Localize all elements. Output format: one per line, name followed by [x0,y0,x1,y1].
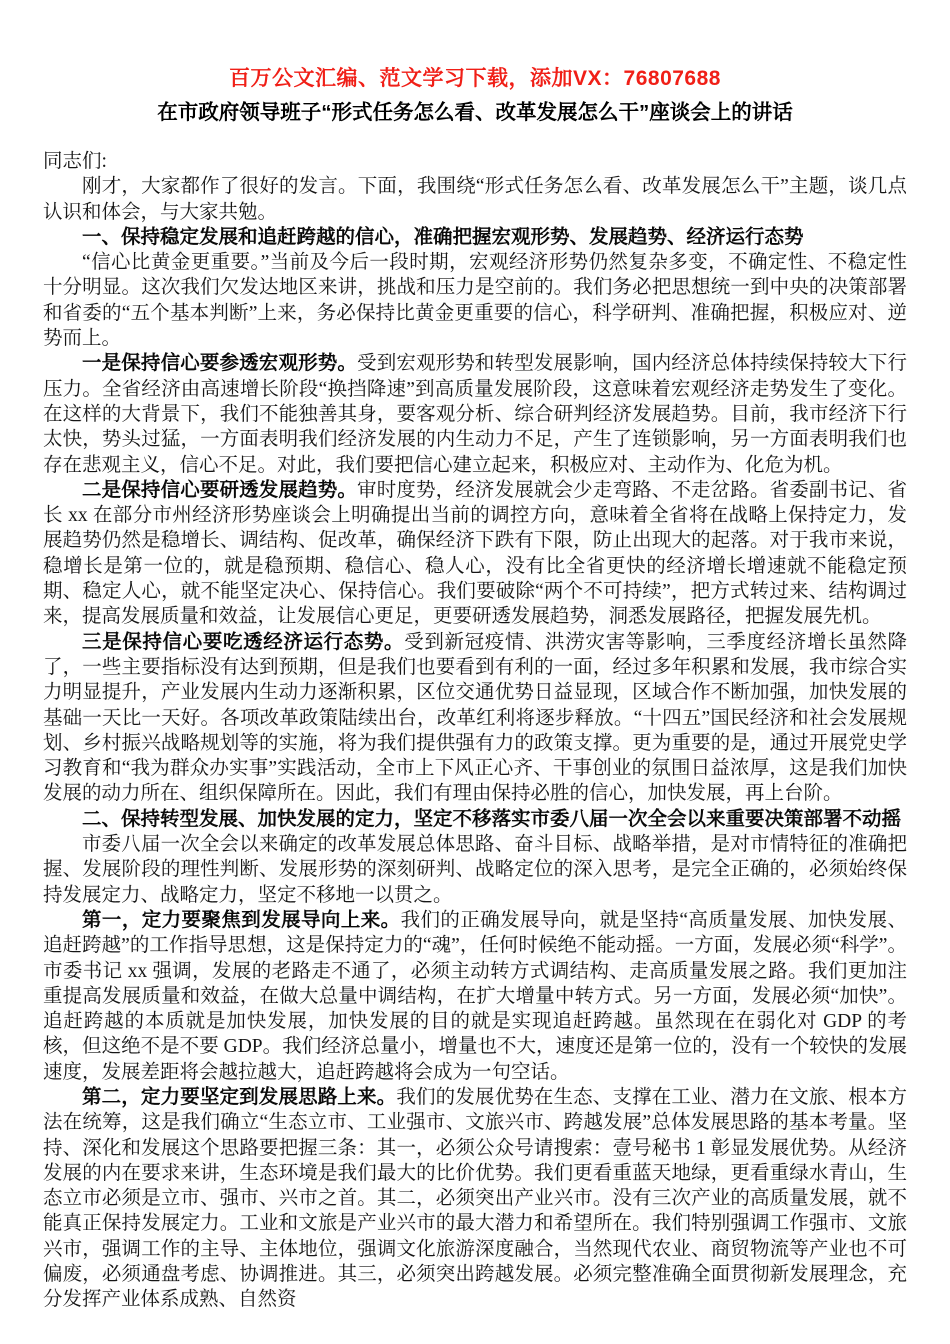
paragraph-resolve-intro: 市委八届一次全会以来确定的改革发展总体思路、奋斗目标、战略举措，是对市情特征的准… [43,832,907,908]
paragraph-point-3: 三是保持信心要吃透经济运行态势。受到新冠疫情、洪涝灾害等影响，三季度经济增长虽然… [43,630,907,807]
salutation: 同志们: [43,149,907,174]
section-heading-1: 一、保持稳定发展和追赶跨越的信心，准确把握宏观形势、发展趋势、经济运行态势 [43,225,907,250]
paragraph-lead: 二是保持信心要研透发展趋势。 [82,479,357,501]
paragraph-second-focus: 第二，定力要坚定到发展思路上来。我们的发展优势在生态、支撑在工业、潜力在文旅、根… [43,1085,907,1313]
paragraph-text: 我们的正确发展导向，就是坚持“高质量发展、加快发展、追赶跨越”的工作指导思想，这… [43,910,907,1083]
paragraph-text: 市委八届一次全会以来确定的改革发展总体思路、奋斗目标、战略举措，是对市情特征的准… [43,834,907,906]
paragraph-lead: 第一，定力要聚焦到发展导向上来。 [82,909,401,931]
document-body: 同志们: 刚才，大家都作了很好的发言。下面，我围绕“形式任务怎么看、改革发展怎么… [43,149,907,1313]
paragraph-opening: 刚才，大家都作了很好的发言。下面，我围绕“形式任务怎么看、改革发展怎么干”主题，… [43,174,907,225]
paragraph-text: 受到新冠疫情、洪涝灾害等影响，三季度经济增长虽然降了，一些主要指标没有达到预期，… [43,632,907,805]
paragraph-text: 刚才，大家都作了很好的发言。下面，我围绕“形式任务怎么看、改革发展怎么干”主题，… [43,176,907,222]
paragraph-text: 审时度势，经济发展就会少走弯路、不走岔路。省委副书记、省长 xx 在部分市州经济… [43,480,907,627]
paragraph-text: 我们的发展优势在生态、支撑在工业、潜力在文旅、根本方法在统筹，这是我们确立“生态… [43,1087,907,1310]
paragraph-lead: 一是保持信心要参透宏观形势。 [82,352,357,374]
paragraph-text: “信心比黄金更重要。”当前及今后一段时期，宏观经济形势仍然复杂多变，不确定性、不… [43,252,907,349]
header-ad-notice: 百万公文汇编、范文学习下载，添加VX：76807688 [43,66,907,92]
heading-text: 二、保持转型发展、加快发展的定力，坚定不移落实市委八届一次全会以来重要决策部署不… [82,808,901,830]
section-heading-2: 二、保持转型发展、加快发展的定力，坚定不移落实市委八届一次全会以来重要决策部署不… [43,807,907,832]
paragraph-point-2: 二是保持信心要研透发展趋势。审时度势，经济发展就会少走弯路、不走岔路。省委副书记… [43,478,907,630]
paragraph-first-focus: 第一，定力要聚焦到发展导向上来。我们的正确发展导向，就是坚持“高质量发展、加快发… [43,908,907,1085]
paragraph-confidence-intro: “信心比黄金更重要。”当前及今后一段时期，宏观经济形势仍然复杂多变，不确定性、不… [43,250,907,351]
heading-text: 一、保持稳定发展和追赶跨越的信心，准确把握宏观形势、发展趋势、经济运行态势 [82,226,804,248]
document-title: 在市政府领导班子“形式任务怎么看、改革发展怎么干”座谈会上的讲话 [43,99,907,126]
paragraph-lead: 三是保持信心要吃透经济运行态势。 [82,631,404,653]
document-page: 百万公文汇编、范文学习下载，添加VX：76807688 在市政府领导班子“形式任… [43,0,907,1313]
paragraph-lead: 第二，定力要坚定到发展思路上来。 [82,1086,396,1108]
paragraph-point-1: 一是保持信心要参透宏观形势。受到宏观形势和转型发展影响，国内经济总体持续保持较大… [43,351,907,477]
